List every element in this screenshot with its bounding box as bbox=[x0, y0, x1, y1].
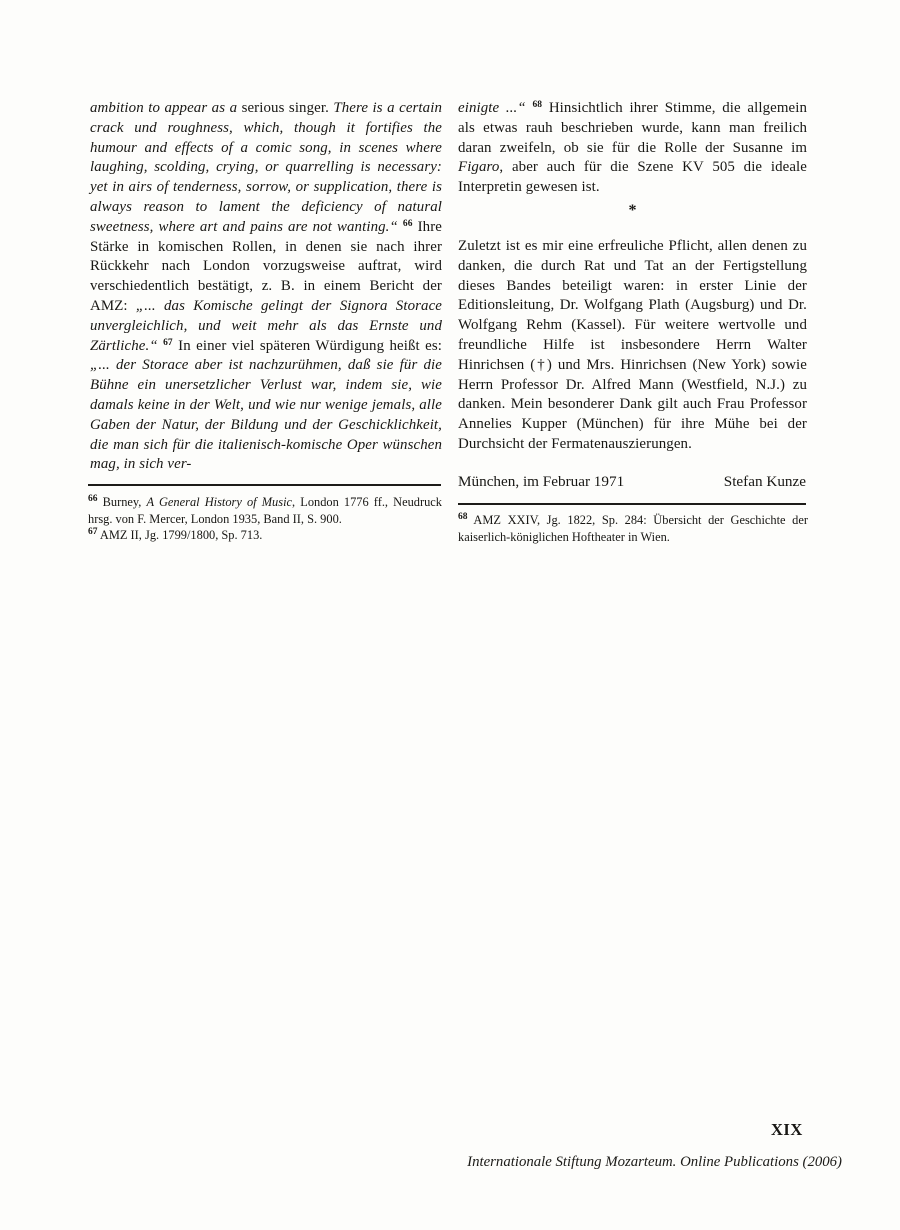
right-column-paragraph-1: einigte ...“ 68 Hinsichtlich ihrer Stimm… bbox=[458, 99, 807, 198]
footer-credit: Internationale Stiftung Mozarteum. Onlin… bbox=[467, 1154, 842, 1171]
left-column-footnotes: 66 Burney, A General History of Music, L… bbox=[88, 494, 442, 544]
document-page: ambition to appear as a serious singer. … bbox=[0, 0, 900, 1230]
dateline: München, im Februar 1971 bbox=[458, 472, 624, 492]
footnote-separator-right bbox=[458, 503, 806, 505]
right-column-footnotes: 68 AMZ XXIV, Jg. 1822, Sp. 284: Übersich… bbox=[458, 512, 808, 545]
signature-row: München, im Februar 1971 Stefan Kunze bbox=[458, 472, 806, 492]
footnote-67: 67 AMZ II, Jg. 1799/1800, Sp. 713. bbox=[88, 527, 442, 544]
left-column-paragraph: ambition to appear as a serious singer. … bbox=[90, 99, 442, 475]
page-number: XIX bbox=[771, 1120, 803, 1140]
footnote-66: 66 Burney, A General History of Music, L… bbox=[88, 494, 442, 527]
footnote-separator-left bbox=[88, 484, 441, 486]
right-column-paragraph-2: Zuletzt ist es mir eine erfreuliche Pfli… bbox=[458, 237, 807, 455]
footnote-68: 68 AMZ XXIV, Jg. 1822, Sp. 284: Übersich… bbox=[458, 512, 808, 545]
section-divider-star: * bbox=[458, 201, 807, 221]
author-signature: Stefan Kunze bbox=[724, 472, 806, 492]
